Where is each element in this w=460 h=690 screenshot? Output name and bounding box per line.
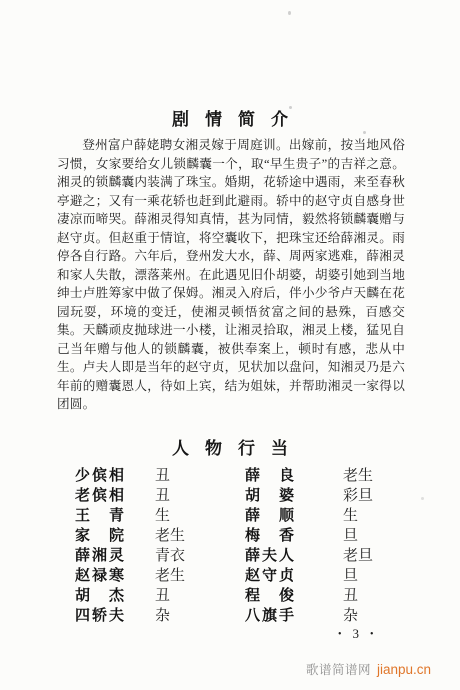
cast-member-role: 老生: [343, 464, 373, 485]
cast-member-name: 梅 香: [245, 524, 303, 545]
cast-row: 程 俊 丑: [245, 584, 373, 604]
page-number-dot: •: [338, 628, 342, 641]
cast-row: 家 院 老生: [75, 524, 185, 544]
watermark-site-name: 歌谱简谱网: [306, 660, 371, 678]
cast-row: 王 青 生: [75, 504, 185, 524]
cast-member-role: 青衣: [155, 544, 185, 565]
cast-row: 老傧相 丑: [75, 484, 185, 504]
cast-member-name: 王 青: [75, 504, 133, 525]
cast-row: 八旗手 杂: [245, 604, 373, 624]
cast-member-role: 老生: [155, 564, 185, 585]
cast-member-name: 薛 良: [245, 464, 303, 485]
cast-member-name: 薛湘灵: [75, 544, 133, 565]
cast-section-title: 人物行当: [0, 434, 460, 459]
cast-member-role: 丑: [343, 584, 358, 605]
cast-member-name: 赵守贞: [245, 564, 303, 585]
cast-row: 少傧相 丑: [75, 464, 185, 484]
cast-member-role: 旦: [343, 564, 358, 585]
cast-row: 胡 婆 彩旦: [245, 484, 373, 504]
synopsis-section-title: 剧情简介: [0, 105, 460, 130]
cast-member-name: 老傧相: [75, 484, 133, 505]
cast-member-role: 老旦: [343, 544, 373, 565]
cast-member-role: 生: [343, 504, 358, 525]
scanned-book-page: 剧情简介 登州富户薛姥聘女湘灵嫁于周庭训。出嫁前，按当地风俗习惯，女家要给女儿锁…: [0, 0, 460, 690]
cast-row: 赵守贞 旦: [245, 564, 373, 584]
cast-member-name: 八旗手: [245, 604, 303, 625]
cast-member-name: 四轿夫: [75, 604, 133, 625]
watermark: 歌谱简谱网 jianpu.cn: [306, 660, 431, 678]
synopsis-paragraph: 登州富户薛姥聘女湘灵嫁于周庭训。出嫁前，按当地风俗习惯，女家要给女儿锁麟囊一个，…: [57, 136, 405, 414]
cast-member-role: 彩旦: [343, 484, 373, 505]
cast-member-role: 旦: [343, 524, 358, 545]
cast-member-name: 胡 婆: [245, 484, 303, 505]
page-number-dot: •: [370, 628, 374, 641]
cast-member-name: 薛夫人: [245, 544, 303, 565]
cast-row: 薛 良 老生: [245, 464, 373, 484]
page-number-value: 3: [353, 626, 360, 642]
cast-row: 薛湘灵 青衣: [75, 544, 185, 564]
cast-member-name: 程 俊: [245, 584, 303, 605]
page-number: • 3 •: [338, 626, 374, 642]
cast-column-left: 少傧相 丑 老傧相 丑 王 青 生 家 院 老生 薛湘灵 青衣 赵禄寒 老生 胡…: [75, 464, 185, 624]
cast-row: 四轿夫 杂: [75, 604, 185, 624]
cast-column-right: 薛 良 老生 胡 婆 彩旦 薛 顺 生 梅 香 旦 薛夫人 老旦 赵守贞 旦 程…: [245, 464, 373, 624]
cast-member-role: 丑: [155, 584, 170, 605]
cast-member-role: 老生: [155, 524, 185, 545]
cast-member-name: 家 院: [75, 524, 133, 545]
cast-member-role: 杂: [155, 604, 170, 625]
cast-row: 梅 香 旦: [245, 524, 373, 544]
cast-member-role: 杂: [343, 604, 358, 625]
watermark-site-url: jianpu.cn: [377, 662, 431, 677]
cast-member-name: 薛 顺: [245, 504, 303, 525]
scan-speckle: [421, 497, 424, 500]
cast-member-name: 胡 杰: [75, 584, 133, 605]
cast-member-name: 少傧相: [75, 464, 133, 485]
scan-speckle: [288, 11, 291, 15]
cast-member-role: 丑: [155, 484, 170, 505]
scan-speckle: [363, 131, 366, 134]
cast-row: 薛夫人 老旦: [245, 544, 373, 564]
cast-member-name: 赵禄寒: [75, 564, 133, 585]
cast-row: 薛 顺 生: [245, 504, 373, 524]
cast-member-role: 生: [155, 504, 170, 525]
cast-row: 胡 杰 丑: [75, 584, 185, 604]
cast-member-role: 丑: [155, 464, 170, 485]
cast-row: 赵禄寒 老生: [75, 564, 185, 584]
